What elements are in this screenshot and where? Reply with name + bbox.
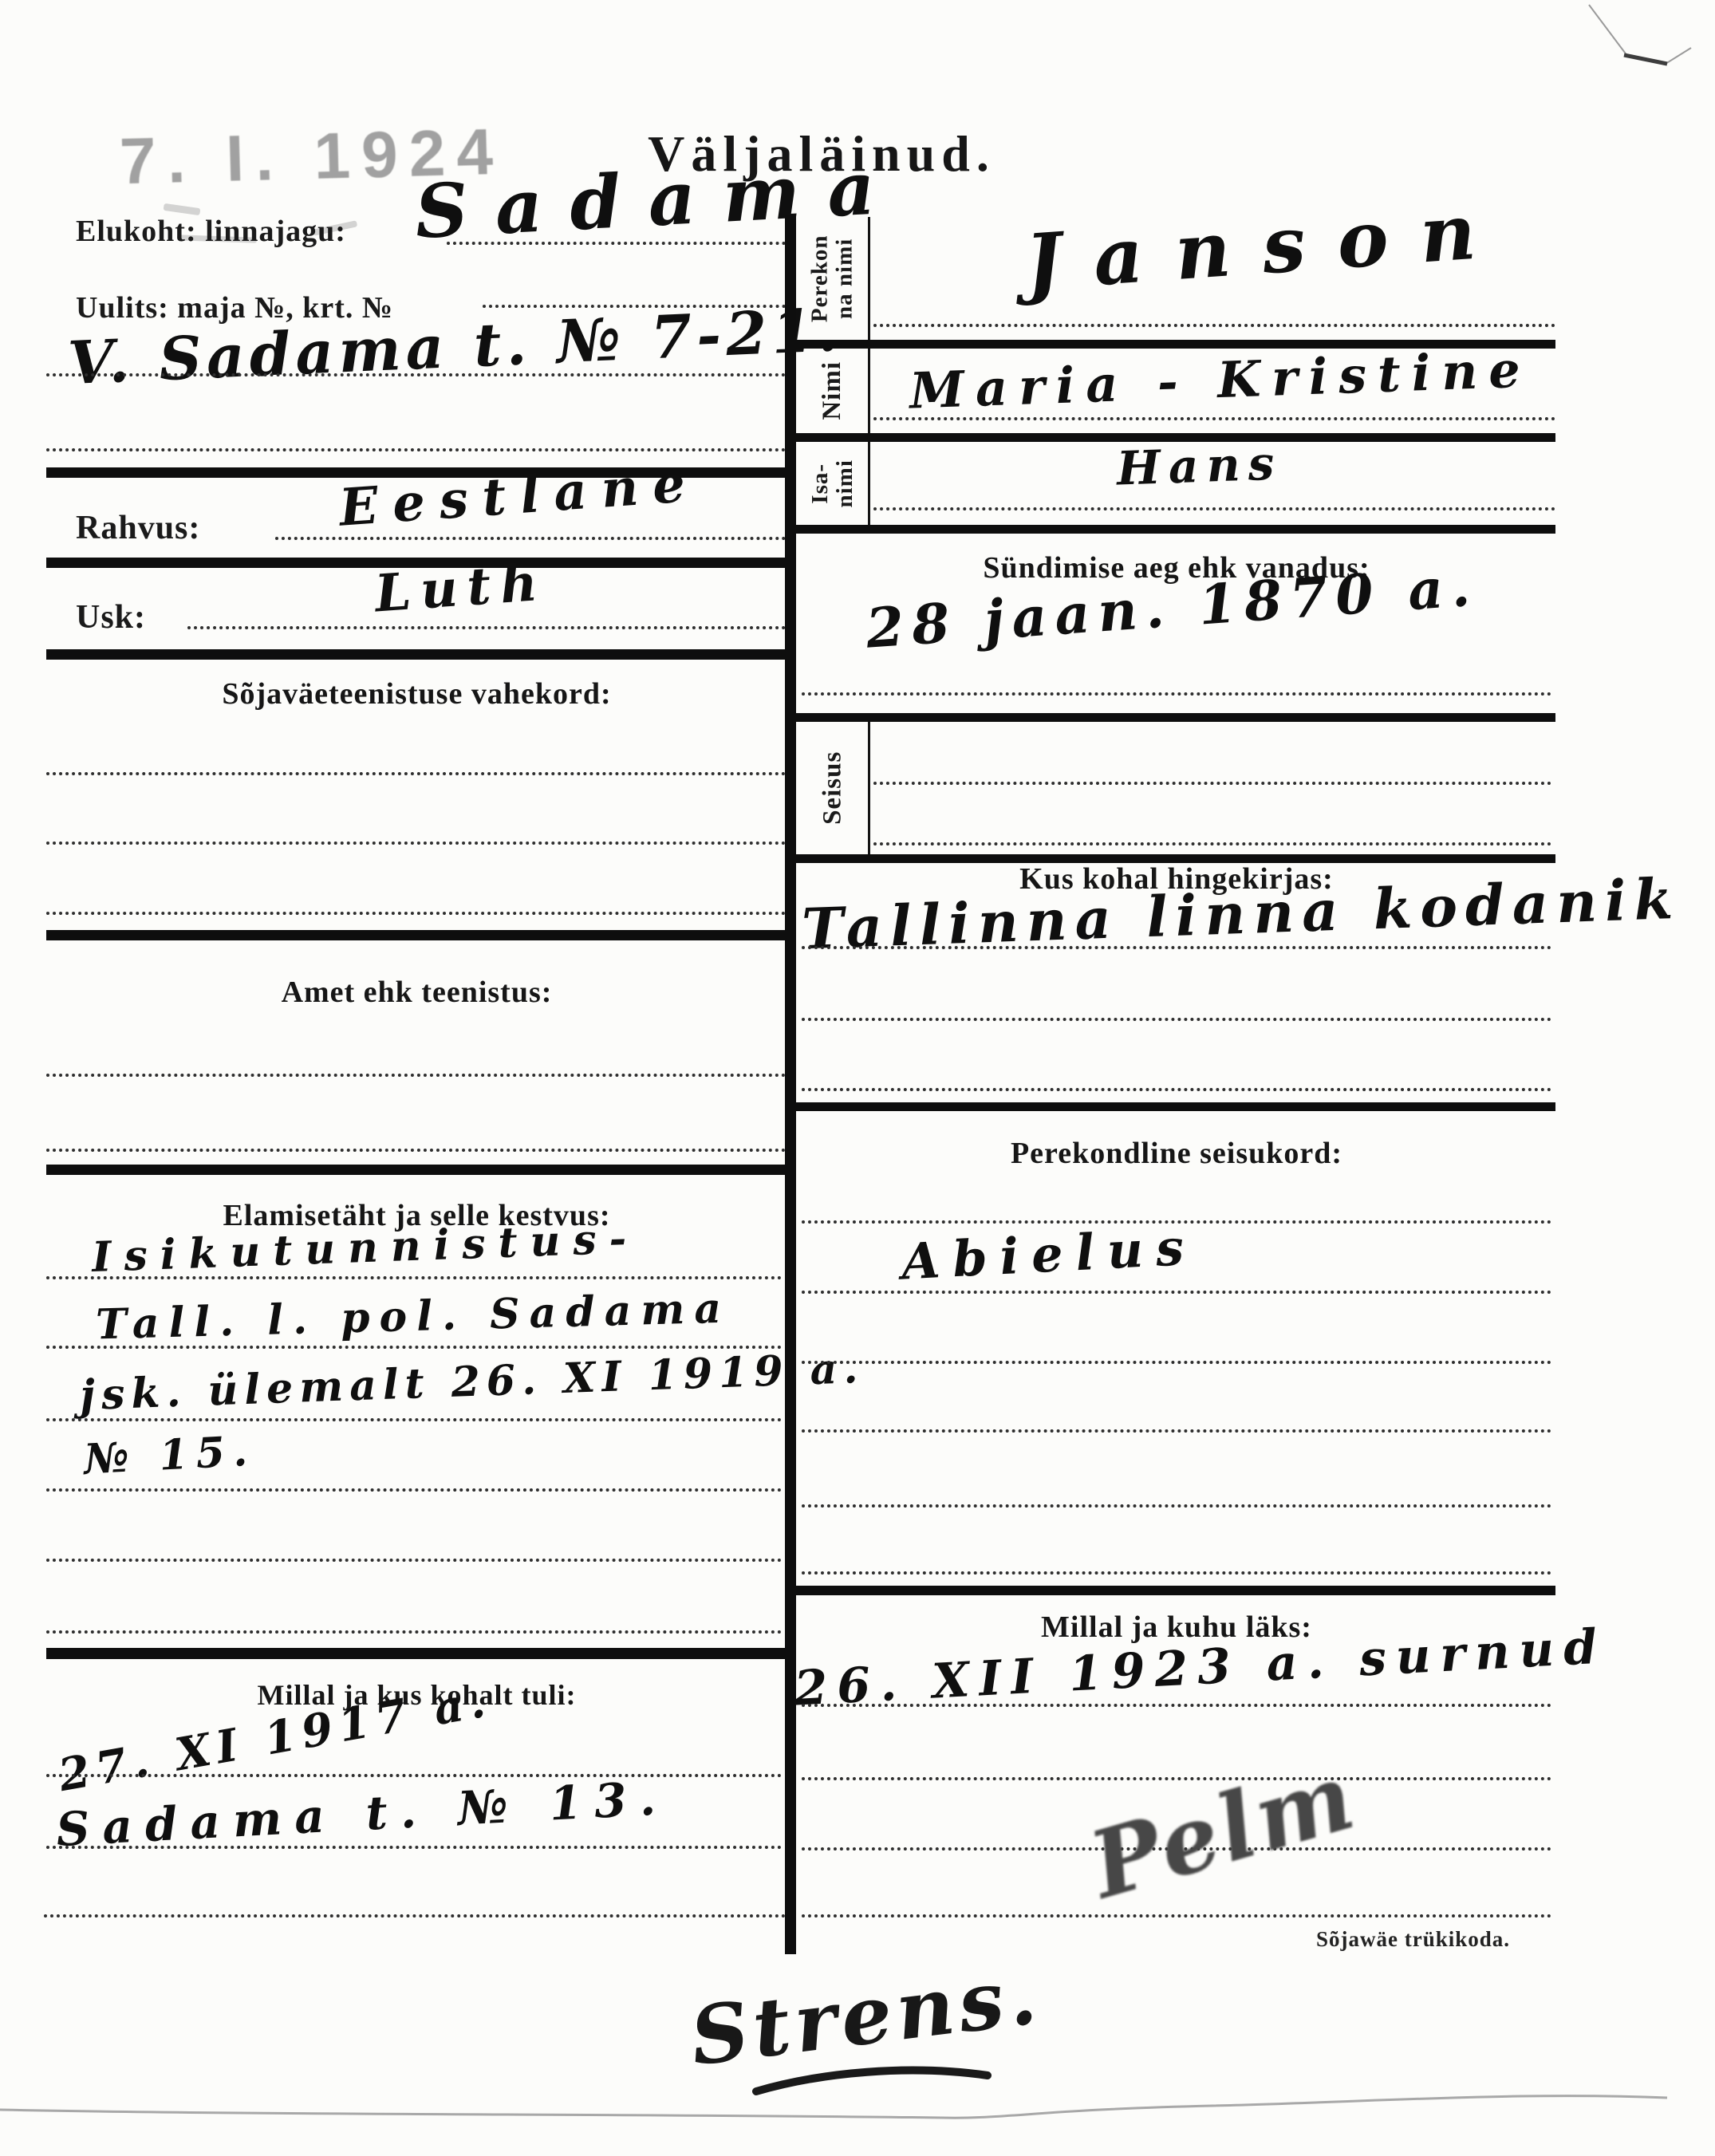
- surname-label-cell: Perekon na nimi: [798, 217, 870, 340]
- crease-mark: [1589, 5, 1691, 64]
- heavy-rule: [796, 713, 1555, 722]
- printer-imprint: Sõjawäe trükikoda.: [1316, 1927, 1510, 1952]
- dotted-rule: [802, 946, 1551, 949]
- registration-card: Väljaläinud. 7. I. 1924 Elukoht: linnaja…: [0, 0, 1715, 2156]
- dotted-rule: [46, 373, 786, 376]
- occupation-header: Amet ehk teenistus:: [48, 975, 786, 1010]
- rahvus-value: Eestlane: [337, 453, 701, 538]
- dotted-rule: [802, 1018, 1551, 1021]
- dotted-rule: [46, 1418, 782, 1421]
- dotted-rule: [802, 1914, 1551, 1918]
- dotted-rule: [873, 842, 1551, 845]
- marital-header: Perekondline seisukord:: [798, 1136, 1555, 1171]
- dotted-rule: [46, 448, 786, 451]
- patronymic-label-cell: Isa- nimi: [798, 442, 870, 525]
- dotted-rule: [46, 1149, 786, 1152]
- dotted-rule: [802, 1429, 1551, 1433]
- dotted-rule: [46, 1846, 782, 1849]
- dotted-rule: [802, 1088, 1551, 1091]
- military-service-header: Sõjaväeteenistuse vahekord:: [48, 676, 786, 711]
- dotted-rule: [802, 1504, 1551, 1508]
- residence-permit-line-3: jsk. ülemalt 26. XI 1919 a.: [79, 1344, 865, 1420]
- dotted-rule: [873, 417, 1555, 420]
- elukoht-label: Elukoht: linnajagu:: [76, 214, 346, 249]
- heavy-rule: [46, 649, 786, 660]
- dotted-rule: [46, 1276, 782, 1279]
- dotted-rule: [873, 507, 1555, 510]
- patronymic-label-line1: Isa-: [808, 459, 833, 507]
- dotted-rule: [46, 842, 786, 845]
- patronymic-label-line2: nimi: [833, 459, 857, 507]
- heavy-rule: [796, 1586, 1555, 1595]
- heavy-rule: [46, 1165, 786, 1175]
- dotted-rule: [46, 912, 786, 915]
- rahvus-label: Rahvus:: [76, 509, 200, 547]
- surname-label-line1: Perekon: [808, 235, 833, 322]
- residence-permit-line-4: № 15.: [83, 1426, 257, 1484]
- dotted-rule: [46, 1074, 786, 1077]
- usk-value: Luth: [373, 553, 549, 625]
- seisus-label: Seisus: [818, 751, 847, 825]
- dotted-rule: [802, 1777, 1551, 1780]
- dotted-rule: [873, 782, 1551, 785]
- dotted-rule: [44, 1914, 786, 1918]
- dotted-rule: [46, 1774, 782, 1777]
- heavy-rule: [796, 525, 1555, 534]
- dotted-rule: [802, 1704, 1551, 1707]
- usk-label: Usk:: [76, 598, 146, 637]
- marital-value: Abielus: [900, 1217, 1197, 1291]
- heavy-rule: [46, 930, 786, 940]
- firstname-label: Nimi: [818, 361, 847, 420]
- clerk-signature: Strens.: [685, 1948, 1046, 2084]
- dotted-rule: [46, 772, 786, 775]
- dotted-rule: [802, 692, 1551, 696]
- dotted-rule: [802, 1291, 1551, 1294]
- dotted-rule: [46, 1488, 782, 1492]
- dotted-rule: [873, 324, 1555, 327]
- signature-flourish: [756, 2071, 988, 2091]
- dotted-rule: [187, 626, 786, 629]
- firstname-value: Maria - Kristine: [909, 340, 1532, 420]
- official-signature: Pelm: [1079, 1742, 1368, 1920]
- heavy-rule: [46, 1648, 786, 1659]
- heavy-rule: [796, 1102, 1555, 1111]
- surname-label-line2: na nimi: [833, 235, 857, 322]
- dotted-rule: [802, 1571, 1551, 1575]
- page-edge-line: [0, 2096, 1667, 2119]
- surname-value: Janson: [1023, 184, 1511, 308]
- seisus-label-cell: Seisus: [798, 722, 870, 854]
- dotted-rule: [46, 1346, 782, 1349]
- dotted-rule: [802, 1361, 1551, 1364]
- dotted-rule: [46, 1559, 782, 1562]
- residence-permit-line-2: Tall. l. pol. Sadama: [95, 1284, 731, 1350]
- dotted-rule: [46, 1630, 782, 1634]
- patronymic-value: Hans: [1116, 436, 1283, 495]
- dotted-rule: [447, 242, 786, 245]
- crease-mark-dark: [1624, 55, 1667, 64]
- dotted-rule: [275, 537, 786, 540]
- firstname-label-cell: Nimi: [798, 349, 870, 433]
